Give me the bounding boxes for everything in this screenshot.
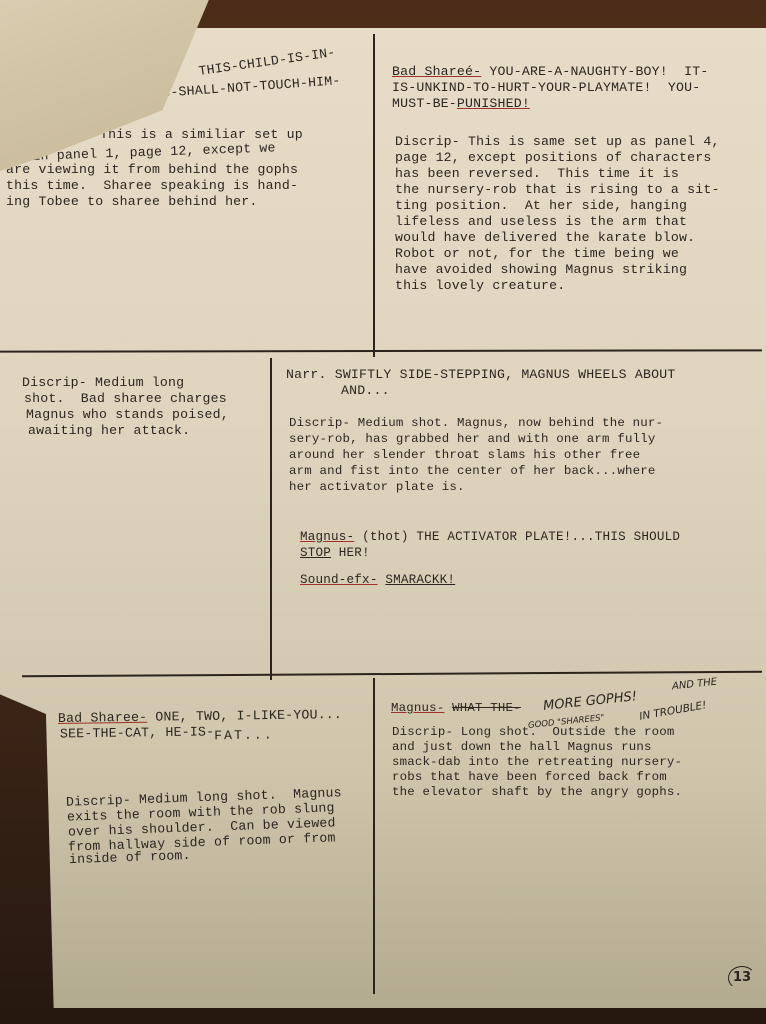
panel-2-discrip-line-3: has been reversed. This time it is bbox=[395, 166, 679, 182]
panel-4-discrip-line-2: sery-rob, has grabbed her and with one a… bbox=[289, 431, 656, 447]
panel-4-discrip-line-4: arm and fist into the center of her back… bbox=[289, 463, 656, 479]
panel-4-dialogue-line-2: STOP HER! bbox=[300, 545, 370, 561]
panel-2-dialogue-line-2: IS-UNKIND-TO-HURT-YOUR-PLAYMATE! YOU- bbox=[392, 80, 700, 96]
panel-4-discrip-line-5: her activator plate is. bbox=[289, 479, 465, 495]
panel-2-discrip-line-6: lifeless and useless is the arm that bbox=[395, 214, 687, 230]
panel-1-discrip-line-3: are viewing it from behind the gophs bbox=[6, 162, 298, 178]
panel-2-discrip-line-10: this lovely creature. bbox=[395, 278, 565, 294]
dialogue-stop: STOP bbox=[300, 546, 331, 560]
speaker-magnus-2: Magnus- bbox=[391, 701, 444, 715]
dialogue-must-be: MUST-BE- bbox=[392, 96, 457, 111]
struck-text: WHAT THE- bbox=[452, 701, 521, 715]
panel-5-discrip-line-5: inside of room. bbox=[69, 848, 191, 869]
panel-6-discrip-line-4: robs that have been forced back from bbox=[392, 769, 667, 785]
panel-2-discrip-line-2: page 12, except positions of characters bbox=[395, 150, 711, 166]
panel-4-narr-line-2: AND... bbox=[341, 383, 390, 399]
dialogue-her: HER! bbox=[331, 546, 370, 560]
panel-4-discrip-line-3: around her slender throat slams his othe… bbox=[289, 447, 640, 463]
divider-upper-horizontal bbox=[0, 349, 762, 352]
speaker-bad-sharee-2: Bad Sharee- bbox=[58, 710, 147, 726]
panel-2-dialogue-line-1: YOU-ARE-A-NAUGHTY-BOY! IT- bbox=[489, 64, 708, 79]
panel-3-discrip-line-1: Discrip- Medium long bbox=[22, 375, 184, 391]
panel-2-dialogue-line-3: MUST-BE-PUNISHED! bbox=[392, 96, 530, 112]
sfx-label: Sound-efx- bbox=[300, 573, 378, 587]
page-number: 13 bbox=[728, 966, 756, 990]
dialogue-fat: FAT... bbox=[214, 728, 274, 744]
narr-text: SWIFTLY SIDE-STEPPING, MAGNUS WHEELS ABO… bbox=[335, 367, 676, 382]
handwritten-in-trouble: IN TROUBLE! bbox=[638, 699, 707, 723]
panel-2-discrip-line-9: have avoided showing Magnus striking bbox=[395, 262, 687, 278]
panel-2-speaker: Bad Shareé- YOU-ARE-A-NAUGHTY-BOY! IT- bbox=[392, 64, 708, 80]
panel-3-discrip-line-3: Magnus who stands poised, bbox=[26, 407, 229, 423]
panel-2-discrip-line-4: the nursery-rob that is rising to a sit- bbox=[395, 182, 720, 198]
panel-6-discrip-line-1: Discrip- Long shot. Outside the room bbox=[392, 724, 675, 740]
panel-3-discrip-line-4: awaiting her attack. bbox=[28, 423, 190, 439]
divider-top-vertical bbox=[373, 34, 375, 357]
panel-4-sfx: Sound-efx- SMARACKK! bbox=[300, 572, 455, 588]
panel-4-narr-line-1: Narr. SWIFTLY SIDE-STEPPING, MAGNUS WHEE… bbox=[286, 367, 675, 383]
panel-2-discrip-line-8: Robot or not, for the time being we bbox=[395, 246, 679, 262]
panel-1-discrip-line-5: ing Tobee to sharee behind her. bbox=[6, 194, 258, 210]
panel-1-discrip-line-4: this time. Sharee speaking is hand- bbox=[6, 178, 298, 194]
handwritten-more-gophs: MORE GOPHS! bbox=[542, 689, 637, 714]
panel-5-dialogue-line-2: SEE-THE-CAT, HE-IS-FAT... bbox=[60, 724, 274, 743]
panel-6-discrip-line-2: and just down the hall Magnus runs bbox=[392, 739, 652, 755]
panel-4-discrip-line-1: Discrip- Medium shot. Magnus, now behind… bbox=[289, 415, 663, 431]
panel-3-discrip-line-2: shot. Bad sharee charges bbox=[24, 391, 227, 407]
dialogue-see-the-cat: SEE-THE-CAT, HE-IS- bbox=[60, 724, 214, 741]
divider-lower-horizontal bbox=[22, 671, 762, 677]
sfx-text: SMARACKK! bbox=[385, 573, 455, 587]
panel-2-discrip-line-1: Discrip- This is same set up as panel 4, bbox=[395, 134, 720, 150]
speaker-magnus: Magnus- bbox=[300, 530, 354, 544]
speaker-bad-sharee: Bad Shareé- bbox=[392, 64, 481, 79]
panel-6-discrip-line-3: smack-dab into the retreating nursery- bbox=[392, 754, 682, 770]
dialogue-punished: PUNISHED! bbox=[457, 96, 530, 111]
script-page: THIS-CHILD-IS-IN- YOU-SHALL-NOT-TOUCH-HI… bbox=[0, 28, 766, 1008]
panel-4-dialogue-line-1: Magnus- (thot) THE ACTIVATOR PLATE!...TH… bbox=[300, 529, 680, 545]
handwritten-and-the: AND THE bbox=[672, 677, 718, 693]
narr-label: Narr. bbox=[286, 367, 327, 382]
panel-6-discrip-line-5: the elevator shaft by the angry gophs. bbox=[392, 784, 682, 800]
panel-6-dialogue-line: Magnus- WHAT THE- bbox=[391, 700, 521, 716]
divider-middle-vertical bbox=[270, 358, 272, 680]
dialogue-one-two: ONE, TWO, I-LIKE-YOU... bbox=[155, 707, 342, 725]
divider-bottom-vertical bbox=[373, 678, 375, 994]
magnus-thought: (thot) THE ACTIVATOR PLATE!...THIS SHOUL… bbox=[362, 530, 680, 544]
panel-2-discrip-line-7: would have delivered the karate blow. bbox=[395, 230, 695, 246]
panel-2-discrip-line-5: ting position. At her side, hanging bbox=[395, 198, 687, 214]
